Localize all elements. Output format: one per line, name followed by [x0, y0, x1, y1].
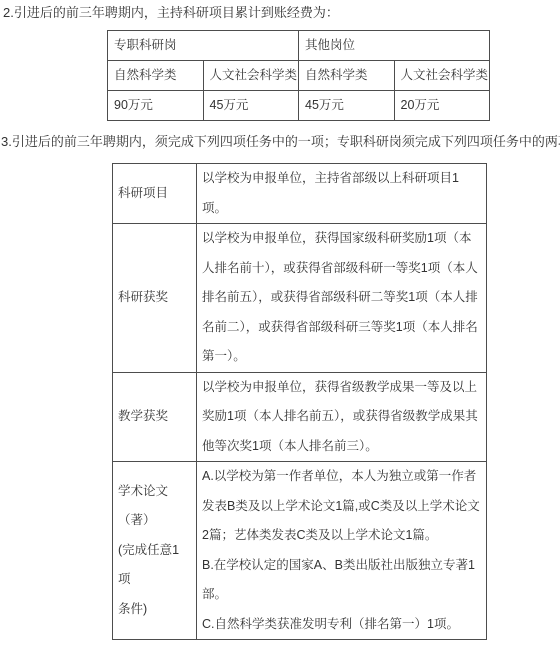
funding-value-cell: 45万元 [299, 91, 395, 121]
task-row-jiaoxue-huojiang: 教学获奖 以学校为申报单位，获得省级教学成果一等及以上奖励1项（本人排名前五），… [113, 372, 487, 462]
task-label-cell: 科研获奖 [113, 224, 197, 373]
paragraph-tasks-intro: 3.引进后的前三年聘期内，须完成下列四项任务中的一项；专职科研岗须完成下列四项任… [1, 133, 560, 150]
task-label-cell: 教学获奖 [113, 372, 197, 462]
funding-value-cell: 20万元 [394, 91, 490, 121]
funding-group-header-zhuanzhi: 专职科研岗 [108, 31, 299, 61]
funding-value-cell: 90万元 [108, 91, 204, 121]
task-label-cell: 学术论文 （著） (完成任意1项 条件) [113, 462, 197, 640]
funding-value-cell: 45万元 [203, 91, 299, 121]
funding-column-header: 人文社会科学类 [203, 61, 299, 91]
task-content-cell: 以学校为申报单位，获得省级教学成果一等及以上奖励1项（本人排名前五），或获得省级… [197, 372, 487, 462]
funding-column-header: 自然科学类 [299, 61, 395, 91]
task-content-cell: 以学校为申报单位，获得国家级科研奖励1项（本人排名前十），或获得省部级科研一等奖… [197, 224, 487, 373]
funding-value-row: 90万元 45万元 45万元 20万元 [108, 91, 490, 121]
task-content-cell: 以学校为申报单位，主持省部级以上科研项目1项。 [197, 164, 487, 224]
funding-column-header: 人文社会科学类 [394, 61, 490, 91]
funding-table: 专职科研岗 其他岗位 自然科学类 人文社会科学类 自然科学类 人文社会科学类 9… [107, 30, 490, 121]
paragraph-funding-intro: 2.引进后的前三年聘期内，主持科研项目累计到账经费为： [3, 4, 339, 21]
task-content-cell: A.以学校为第一作者单位，本人为独立或第一作者发表B类及以上学术论文1篇,或C类… [197, 462, 487, 640]
task-row-keyan-huojiang: 科研获奖 以学校为申报单位，获得国家级科研奖励1项（本人排名前十），或获得省部级… [113, 224, 487, 373]
funding-column-header: 自然科学类 [108, 61, 204, 91]
funding-group-header-qita: 其他岗位 [299, 31, 490, 61]
funding-group-row: 专职科研岗 其他岗位 [108, 31, 490, 61]
funding-column-row: 自然科学类 人文社会科学类 自然科学类 人文社会科学类 [108, 61, 490, 91]
task-row-keyan-xiangmu: 科研项目 以学校为申报单位，主持省部级以上科研项目1项。 [113, 164, 487, 224]
task-label-cell: 科研项目 [113, 164, 197, 224]
task-row-xueshu-lunwen: 学术论文 （著） (完成任意1项 条件) A.以学校为第一作者单位，本人为独立或… [113, 462, 487, 640]
tasks-table: 科研项目 以学校为申报单位，主持省部级以上科研项目1项。 科研获奖 以学校为申报… [112, 163, 487, 640]
